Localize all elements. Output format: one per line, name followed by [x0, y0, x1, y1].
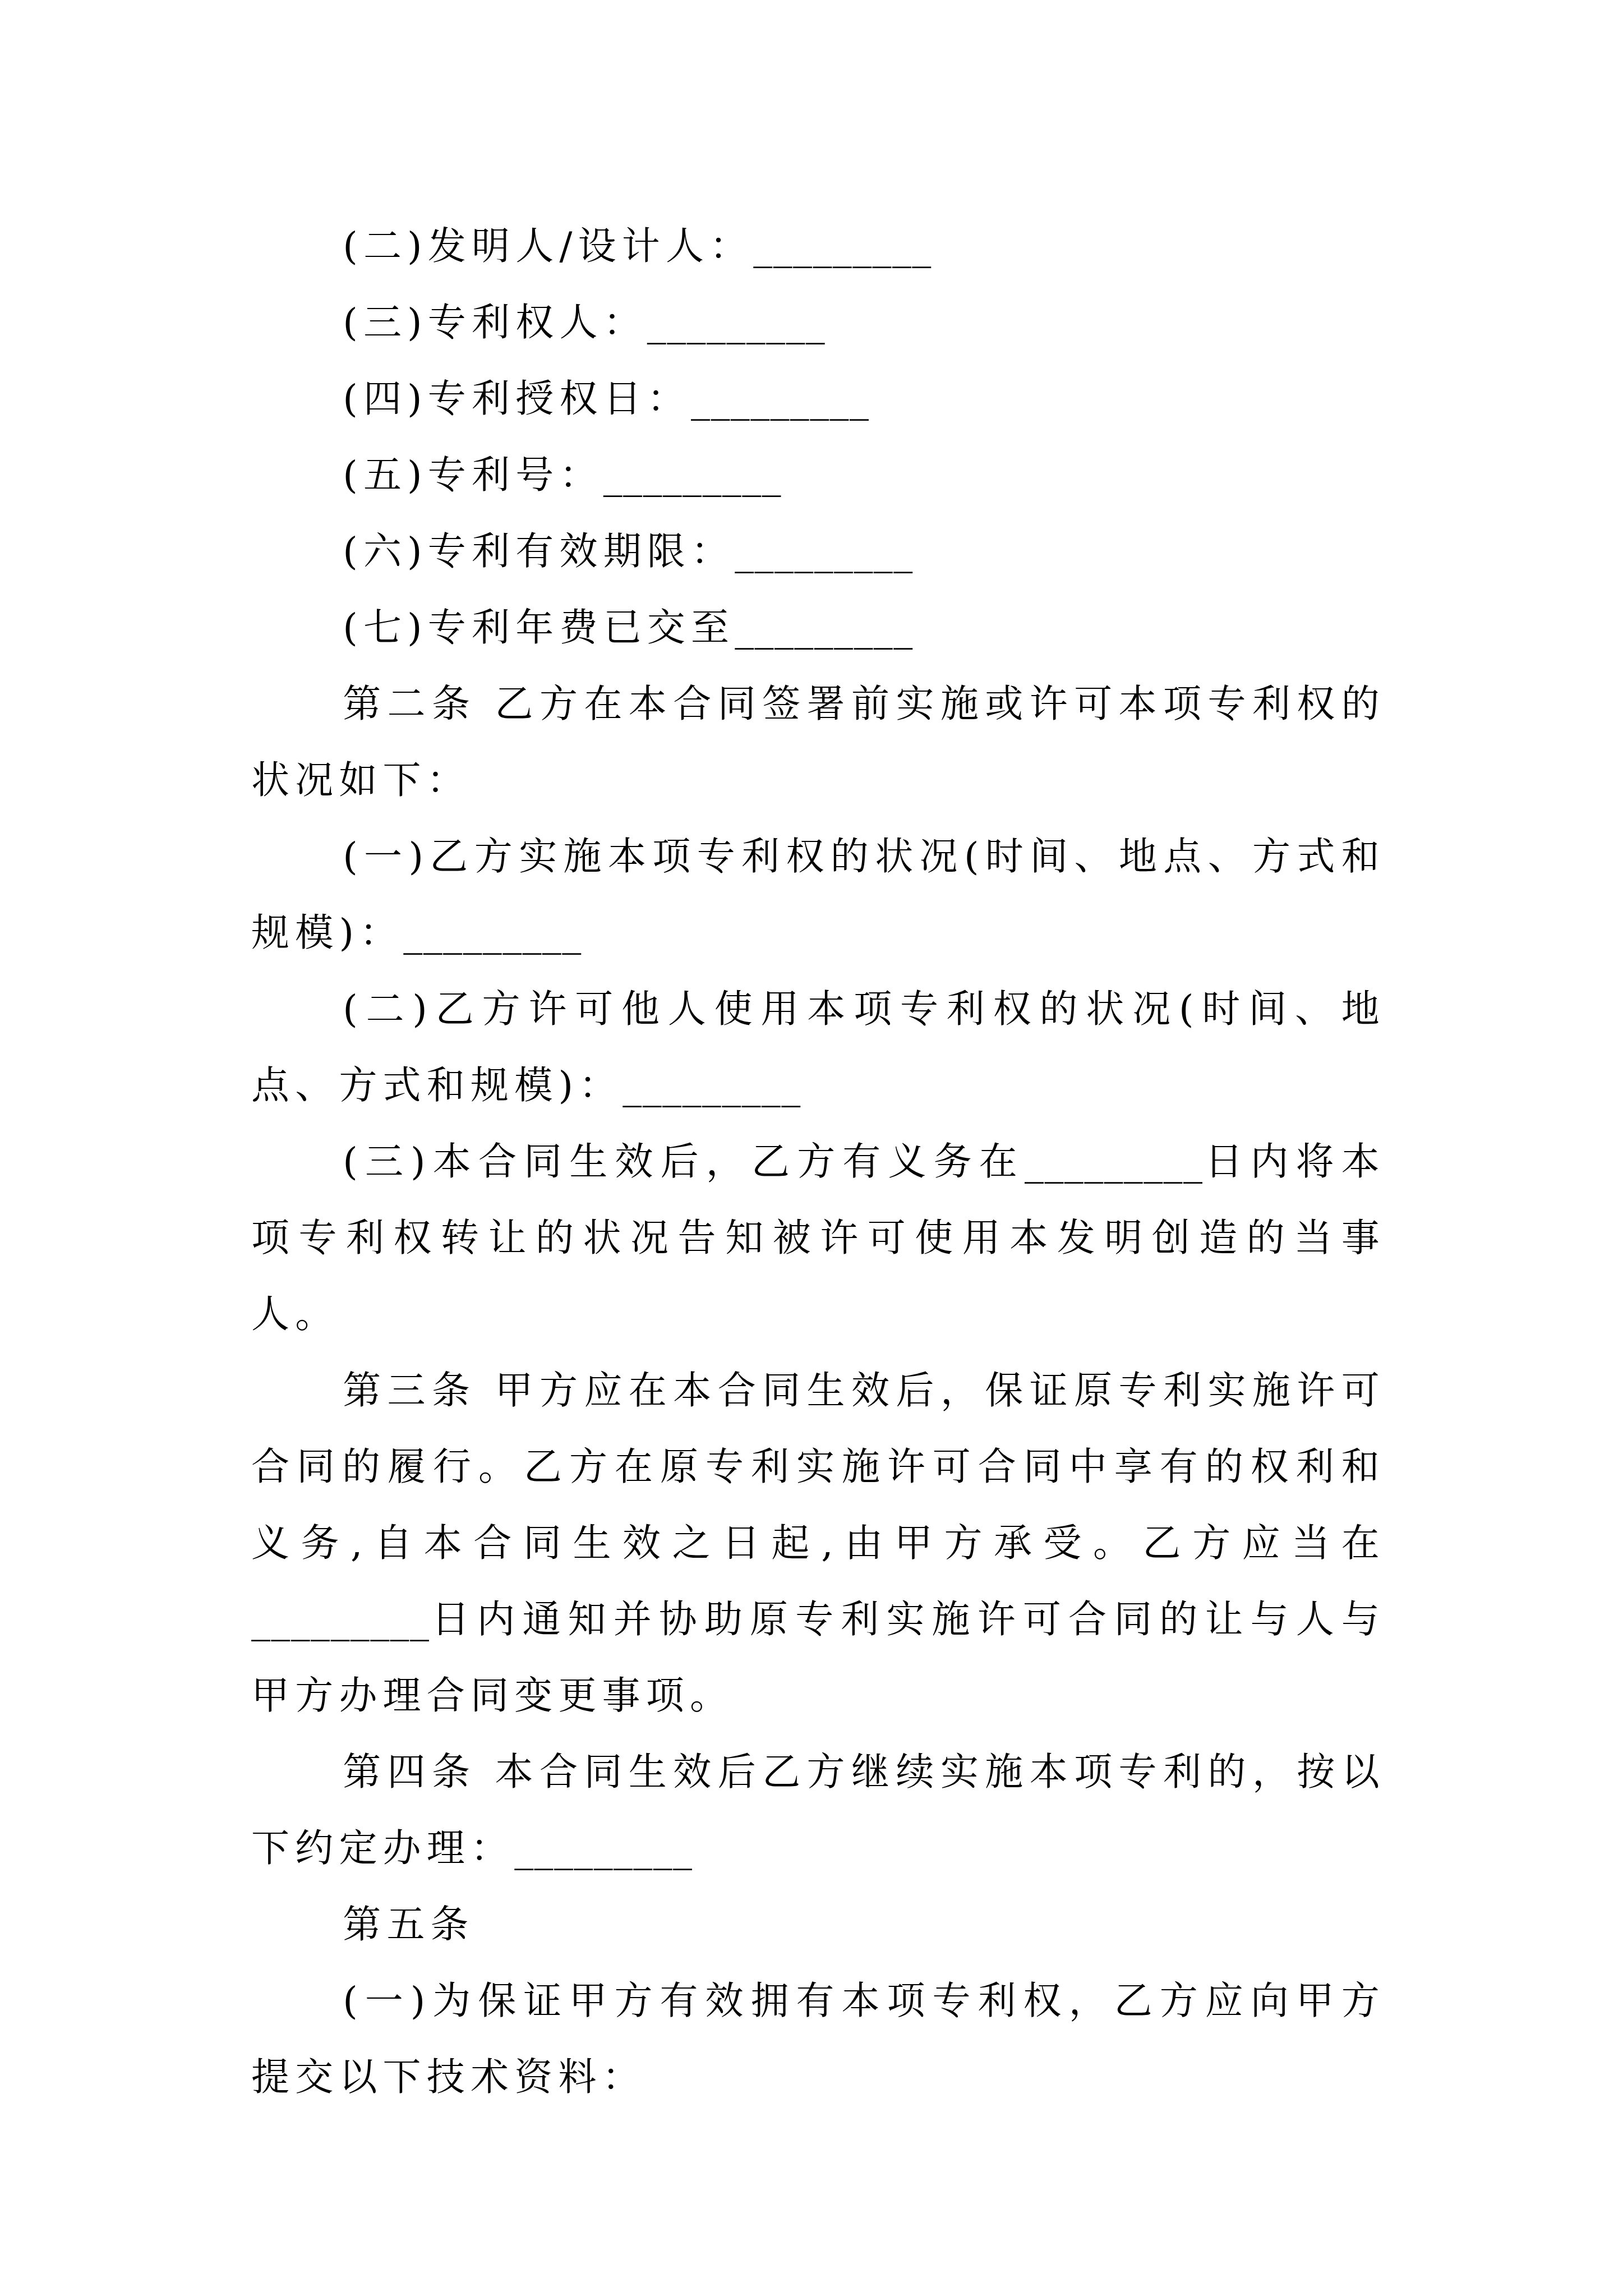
fill-in-blank: _________ — [514, 1826, 693, 1871]
paragraph-text: (五)专利号： — [343, 453, 603, 498]
paragraph: (二)发明人/设计人：_________ — [251, 209, 1385, 285]
paragraph-text: (四)专利授权日： — [343, 377, 691, 421]
fill-in-blank: _________ — [735, 606, 913, 650]
paragraph: (五)专利号：_________ — [251, 438, 1385, 514]
paragraph: (三)本合同生效后，乙方有义务在_________日内将本项专利权转让的状况告知… — [251, 1124, 1385, 1353]
paragraph: (一)乙方实施本项专利权的状况(时间、地点、方式和规模)：_________ — [251, 819, 1385, 972]
paragraph-text: (二)乙方许可他人使用本项专利权的状况(时间、地点、方式和规模)： — [251, 987, 1385, 1108]
paragraph-text: (六)专利有效期限： — [343, 530, 735, 574]
paragraph-text: 第二条 乙方在本合同签署前实施或许可本项专利权的状况如下： — [251, 682, 1385, 803]
fill-in-blank: _________ — [251, 1598, 430, 1642]
paragraph: (七)专利年费已交至_________ — [251, 590, 1385, 666]
paragraph-text: 第四条 本合同生效后乙方继续实施本项专利的，按以下约定办理： — [251, 1750, 1385, 1871]
fill-in-blank: _________ — [603, 453, 782, 498]
paragraph: 第三条 甲方应在本合同生效后，保证原专利实施许可合同的履行。乙方在原专利实施许可… — [251, 1353, 1385, 1734]
fill-in-blank: _________ — [735, 530, 913, 574]
contract-body: (二)发明人/设计人：_________(三)专利权人：_________(四)… — [251, 209, 1385, 2116]
paragraph-text: (一)为保证甲方有效拥有本项专利权，乙方应向甲方提交以下技术资料： — [251, 1979, 1385, 2100]
fill-in-blank: _________ — [753, 224, 932, 269]
fill-in-blank: _________ — [691, 377, 869, 421]
paragraph: 第五条 — [251, 1887, 1385, 1963]
paragraph: (四)专利授权日：_________ — [251, 361, 1385, 438]
paragraph-text: 第三条 甲方应在本合同生效后，保证原专利实施许可合同的履行。乙方在原专利实施许可… — [251, 1369, 1385, 1566]
document-page: (二)发明人/设计人：_________(三)专利权人：_________(四)… — [0, 0, 1623, 2296]
paragraph-text: (二)发明人/设计人： — [343, 224, 753, 269]
fill-in-blank: _________ — [403, 911, 582, 955]
paragraph: (二)乙方许可他人使用本项专利权的状况(时间、地点、方式和规模)：_______… — [251, 972, 1385, 1124]
paragraph: 第四条 本合同生效后乙方继续实施本项专利的，按以下约定办理：_________ — [251, 1734, 1385, 1887]
paragraph: (六)专利有效期限：_________ — [251, 514, 1385, 590]
fill-in-blank: _________ — [1025, 1140, 1203, 1184]
paragraph: (三)专利权人：_________ — [251, 285, 1385, 361]
paragraph: (一)为保证甲方有效拥有本项专利权，乙方应向甲方提交以下技术资料： — [251, 1963, 1385, 2116]
fill-in-blank: _________ — [623, 1064, 801, 1108]
paragraph: 第二条 乙方在本合同签署前实施或许可本项专利权的状况如下： — [251, 666, 1385, 819]
paragraph-text: (三)本合同生效后，乙方有义务在 — [343, 1140, 1025, 1184]
paragraph-text: 第五条 — [343, 1903, 474, 1947]
paragraph-text: (三)专利权人： — [343, 301, 647, 345]
fill-in-blank: _________ — [647, 301, 826, 345]
paragraph-text: (七)专利年费已交至 — [343, 606, 735, 650]
